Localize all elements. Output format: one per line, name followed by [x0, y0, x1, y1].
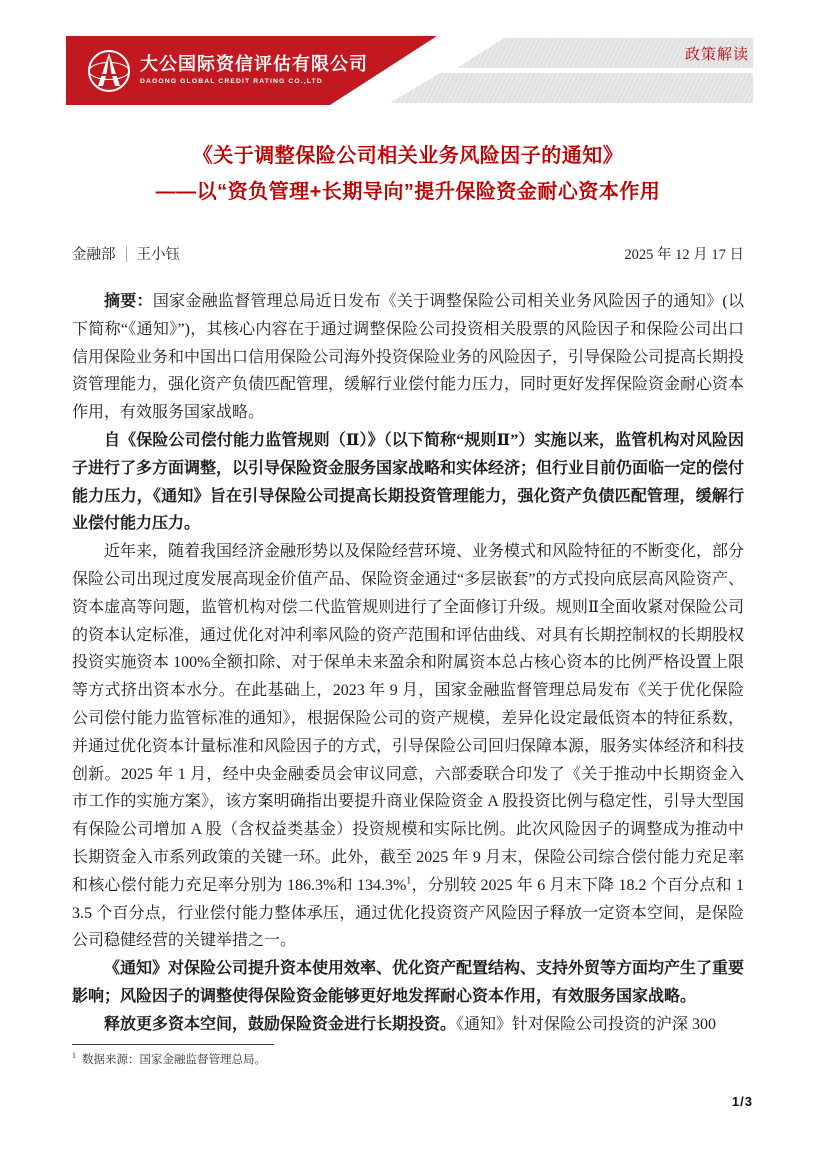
footnote-marker: 1 — [72, 1051, 76, 1060]
page-number: 1/3 — [732, 1094, 753, 1109]
content-column: 《关于调整保险公司相关业务风险因子的通知》 ——以“资负管理+长期导向”提升保险… — [72, 141, 744, 1039]
header-stripe-band-top: 政策解读 — [457, 38, 753, 68]
doc-title: 《关于调整保险公司相关业务风险因子的通知》 — [72, 141, 744, 171]
bold-run: 自《保险公司偿付能力监管规则（Ⅱ）》（以下简称“规则Ⅱ”）实施以来，监管机构对风… — [72, 432, 744, 532]
byline-department: 金融部 — [72, 243, 116, 264]
company-name-zh: 大公国际资信评估有限公司 — [140, 54, 368, 74]
paragraph-2: 自《保险公司偿付能力监管规则（Ⅱ）》（以下简称“规则Ⅱ”）实施以来，监管机构对风… — [72, 427, 744, 538]
footnote-text: 数据来源：国家金融监督管理总局。 — [82, 1054, 266, 1066]
footnote: 1数据来源：国家金融监督管理总局。 — [72, 1051, 266, 1067]
byline-author: 王小钰 — [137, 243, 181, 264]
bold-run: 释放更多资本空间，鼓励保险资金进行长期投资。 — [104, 1016, 456, 1033]
document-page: 大公国际资信评估有限公司 DAGONG GLOBAL CREDIT RATING… — [0, 0, 826, 1169]
footnote-rule — [72, 1044, 274, 1045]
company-name-en: DAGONG GLOBAL CREDIT RATING CO.,LTD — [140, 77, 368, 87]
bold-run: 《通知》对保险公司提升资本使用效率、优化资产配置结构、支持外贸等方面均产生了重要… — [72, 960, 744, 1005]
text-run: 近年来，随着我国经济金融形势以及保险经营环境、业务模式和风险特征的不断变化，部分… — [72, 543, 744, 894]
doc-date: 2025 年 12 月 17 日 — [624, 243, 744, 264]
paragraph-1: 摘要：国家金融监督管理总局近日发布《关于调整保险公司相关业务风险因子的通知》(以… — [72, 288, 744, 427]
paragraph-3: 近年来，随着我国经济金融形势以及保险经营环境、业务模式和风险特征的不断变化，部分… — [72, 538, 744, 955]
bold-run: 摘要： — [104, 293, 153, 310]
brand-text: 大公国际资信评估有限公司 DAGONG GLOBAL CREDIT RATING… — [140, 54, 368, 87]
text-run: 国家金融监督管理总局近日发布《关于调整保险公司相关业务风险因子的通知》(以下简称… — [72, 293, 744, 421]
text-run: 《通知》针对保险公司投资的沪深 300 — [456, 1016, 716, 1033]
byline: 金融部 王小钰 2025 年 12 月 17 日 — [72, 243, 744, 264]
category-label: 政策解读 — [685, 43, 753, 64]
paragraph-4: 《通知》对保险公司提升资本使用效率、优化资产配置结构、支持外贸等方面均产生了重要… — [72, 955, 744, 1011]
brand-banner: 大公国际资信评估有限公司 DAGONG GLOBAL CREDIT RATING… — [66, 36, 437, 105]
paragraph-5: 释放更多资本空间，鼓励保险资金进行长期投资。《通知》针对保险公司投资的沪深 30… — [72, 1011, 744, 1039]
dagong-globe-logo-icon — [86, 48, 132, 94]
body-paragraphs: 摘要：国家金融监督管理总局近日发布《关于调整保险公司相关业务风险因子的通知》(以… — [72, 288, 744, 1039]
doc-subtitle: ——以“资负管理+长期导向”提升保险资金耐心资本作用 — [72, 177, 744, 207]
byline-separator — [126, 246, 127, 262]
header-stripe-band-bottom — [390, 73, 753, 103]
